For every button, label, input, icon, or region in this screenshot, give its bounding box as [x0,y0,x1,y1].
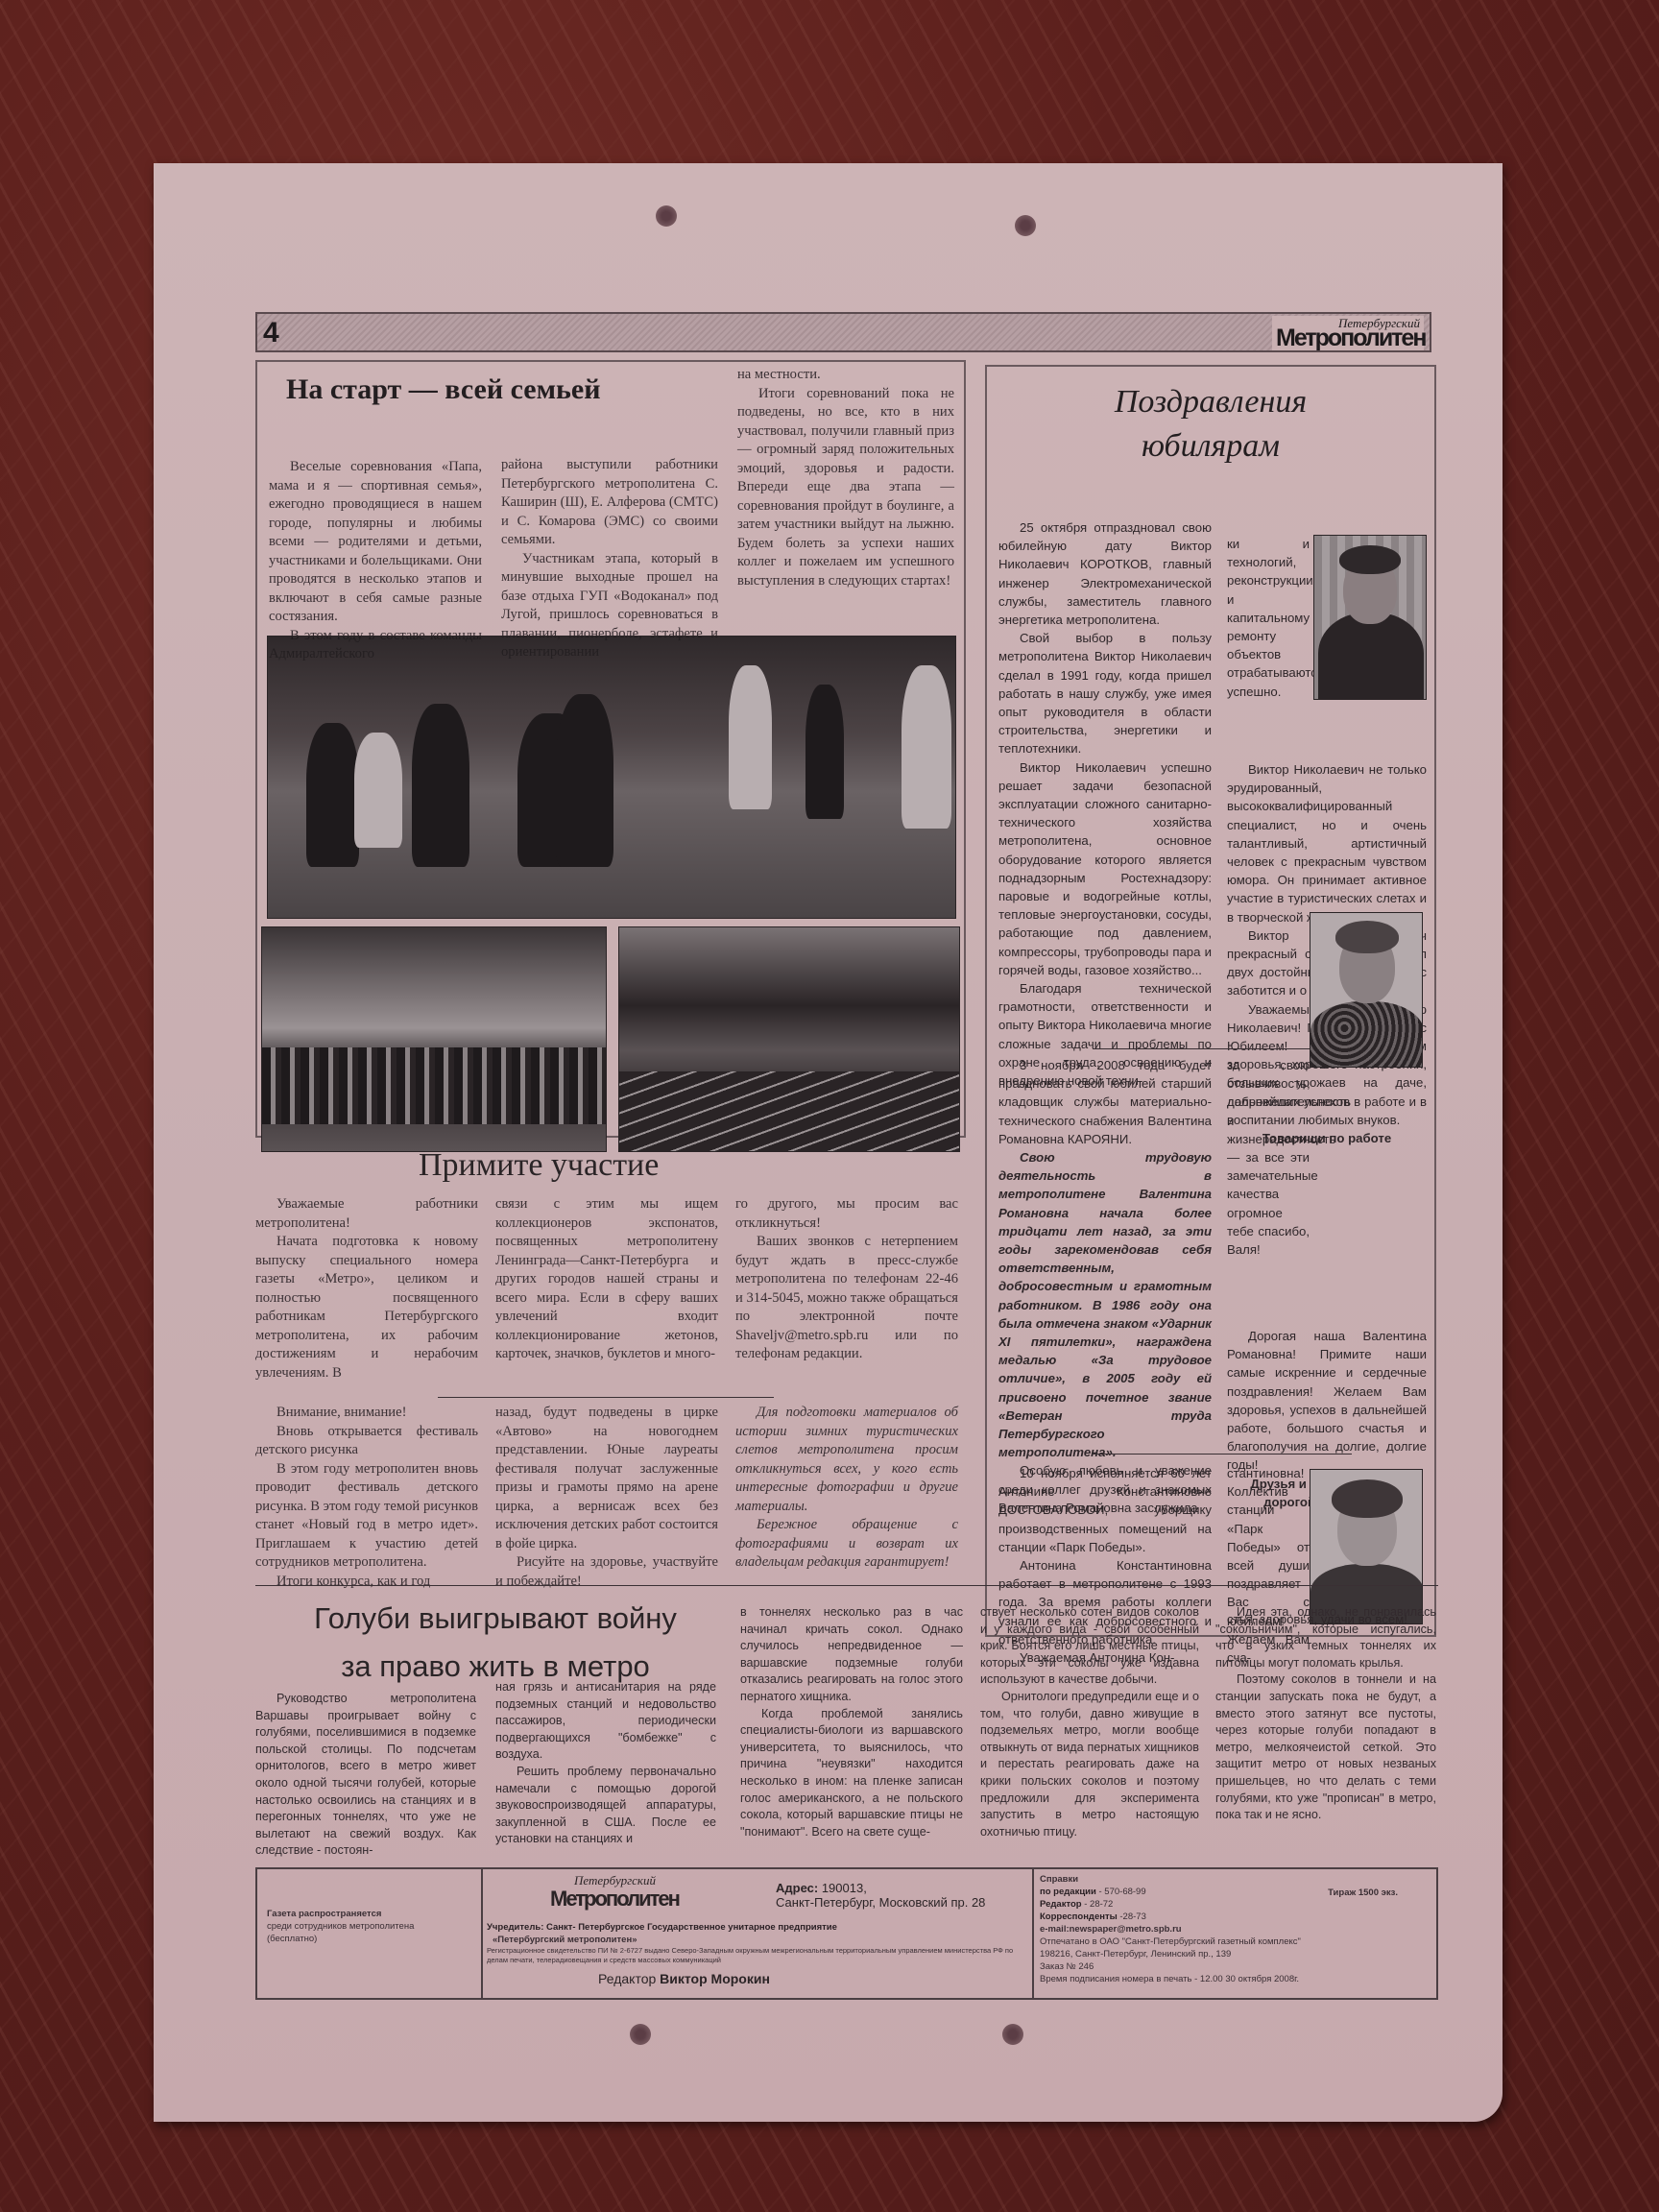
masthead-logo: Петербургский Метрополитен [1272,316,1424,350]
paragraph: Дорогая наша Валентина Романовна! Примит… [1227,1327,1427,1475]
printed-at: Отпечатано в ОАО "Санкт-Петербургский га… [1040,1935,1431,1948]
editor-name: Виктор Морокин [660,1971,770,1986]
paragraph: Свою трудовую деятельность в метрополите… [998,1148,1212,1461]
swimming-pool-photo [618,926,960,1152]
logo-line2: Метрополитен [550,1887,679,1911]
article-column: связи с этим мы ищем коллекционеров эксп… [495,1195,718,1364]
staple-hole [656,205,677,227]
paragraph: 3 ноября 2008 года будет праздновать сво… [998,1056,1212,1148]
karoyani-column-1: 3 ноября 2008 года будет праздновать сво… [998,1056,1212,1517]
paragraph: В этом году метрополитен вновь проводит … [255,1460,478,1573]
paragraph: Вновь открывается фестиваль детского рис… [255,1423,478,1460]
editor-line: Редактор Виктор Морокин [598,1971,770,1986]
paragraph: Виктор Николаевич не только эрудированны… [1227,760,1427,926]
address: Адрес: 190013, Санкт-Петербург, Московск… [776,1881,985,1910]
editorial-phone: - 570-68-99 [1099,1887,1146,1897]
imprint-logo: Петербургский Метрополитен [550,1873,656,1911]
paragraph: Начата подготовка к новому выпуску специ… [255,1233,478,1382]
paragraph: Уважаемые работники метрополитена! [255,1195,478,1233]
editor-label: Редактор [598,1971,656,1986]
title-line: Голуби выигрывают войну [255,1595,735,1643]
karoyani-portrait-photo [1310,912,1423,1068]
contacts-info: Справки по редакции - 570-68-99 Редактор… [1032,1869,1436,1998]
paragraph: Итоги конкурса, как и год [255,1573,478,1592]
section-title: Поздравления юбилярам [987,380,1434,469]
gym-group-photo [261,926,607,1152]
editor-phone: - 28-72 [1084,1899,1113,1910]
article-column: Уважаемые работники метрополитена! Начат… [255,1195,478,1382]
printer-address: 198216, Санкт-Петербург, Ленинский пр., … [1040,1948,1431,1960]
paragraph: 10 ноября исполняется 60 лет Антонине Ко… [998,1464,1212,1556]
email: e-mail:newspaper@metro.spb.ru [1040,1923,1431,1935]
order-number: Заказ № 246 [1040,1960,1431,1973]
founder-info: Учредитель: Санкт- Петербургское Государ… [487,1921,1024,1965]
paragraph: в тоннелях несколько раз в час начинал к… [740,1604,963,1706]
address-zip: 190013, [822,1881,867,1895]
article-column: Веселые соревнования «Папа, мама и я — с… [269,458,482,664]
title-line: Поздравления [987,380,1434,424]
paragraph: Виктор Николаевич успешно решает задачи … [998,758,1212,979]
newspaper-page: 4 Петербургский Метрополитен На старт — … [255,312,1436,1891]
paragraph: связи с этим мы ищем коллекционеров эксп… [495,1195,718,1364]
korotkov-wrap-text: ки и технологий, реконструкции и капитал… [1227,535,1310,701]
article-column: на местности. Итоги соревнований пока не… [737,366,954,590]
editor-phone-label: Редактор [1040,1899,1082,1910]
paragraph: го другого, мы просим вас откликнуться! [735,1195,958,1233]
distribution-free: (бесплатно) [267,1933,473,1945]
jubilee-greetings-box: Поздравления юбилярам 25 октября отпразд… [985,365,1436,1637]
divider [255,1585,1438,1586]
divider [1093,1048,1333,1049]
founder-name: «Петербургский метрополитен» [487,1934,1024,1946]
paragraph: за свою отзывчивость, доброжелательность… [1227,1056,1310,1259]
title-line: юбилярам [987,424,1434,469]
paragraph: Свой выбор в пользу метрополитена Виктор… [998,629,1212,757]
imprint-box: Газета распространяется среди сотруднико… [255,1867,1438,2000]
staple-hole [1002,2024,1023,2045]
paragraph: Бережное обращение с фотографиями и возв… [735,1516,958,1573]
registration-text: Регистрационное свидетельство ПИ № 2-672… [487,1946,1024,1965]
paragraph: назад, будут подведены в цирке «Автово» … [495,1404,718,1553]
page-number: 4 [263,317,279,349]
paragraph: Поэтому соколов в тоннели и на станции з… [1215,1671,1436,1823]
founder-label: Учредитель: [487,1922,543,1933]
article-title: Примите участие [419,1147,659,1184]
korotkov-column-1: 25 октября отпраздновал свою юбилейную д… [998,518,1212,1090]
founder-text: Санкт- Петербургское Государственное уни… [546,1922,837,1933]
address-line: Санкт-Петербург, Московский пр. 28 [776,1895,985,1910]
paragraph: ки и технологий, реконструкции и капитал… [1227,535,1310,701]
editorial-label: по редакции [1040,1887,1096,1897]
article-column: в тоннелях несколько раз в час начинал к… [740,1604,963,1840]
paragraph: Внимание, внимание! [255,1404,478,1423]
signed-time: Время подписания номера в печать - 12.00… [1040,1973,1431,1985]
divider [1093,1454,1352,1455]
article-column: Идея эта, однако, не понравилась "соколь… [1215,1604,1436,1824]
correspondents-phone: -28-73 [1119,1911,1145,1922]
paragraph: Итоги соревнований пока не подведены, но… [737,385,954,591]
paragraph: Руководство метрополитена Варшавы проигр… [255,1691,476,1860]
article-column: го другого, мы просим вас откликнуться! … [735,1195,958,1364]
article-column: Для подготовки материалов об истории зим… [735,1404,958,1573]
distribution-info: Газета распространяется среди сотруднико… [257,1869,483,1998]
circulation: Тираж 1500 экз. [1328,1887,1398,1899]
address-label: Адрес: [776,1881,818,1895]
karoyani-wrap-text: за свою отзывчивость, доброжелательность… [1227,1056,1310,1259]
paragraph: ствует несколько сотен видов соколов и у… [980,1604,1199,1689]
publisher-info: Петербургский Метрополитен Адрес: 190013… [483,1869,1032,1998]
korotkov-portrait-photo [1313,535,1427,700]
paragraph: Орнитологи предупредили еще и о том, что… [980,1689,1199,1840]
correspondents-label: Корреспонденты [1040,1911,1118,1922]
divider [438,1397,774,1398]
article-column: Внимание, внимание! Вновь открывается фе… [255,1404,478,1591]
staple-hole [1015,215,1036,236]
paragraph: Веселые соревнования «Папа, мама и я — с… [269,458,482,627]
article-column: Руководство метрополитена Варшавы проигр… [255,1691,476,1860]
paragraph: Для подготовки материалов об истории зим… [735,1404,958,1516]
inquiries-label: Справки [1040,1873,1431,1886]
article-column: назад, будут подведены в цирке «Автово» … [495,1404,718,1591]
article-column: ствует несколько сотен видов соколов и у… [980,1604,1199,1840]
page-header-bar: 4 Петербургский Метрополитен [255,312,1431,352]
paragraph: района выступили работники Петербургског… [501,456,718,550]
masthead-line2: Метрополитен [1276,325,1425,352]
dostovalova-portrait-photo [1310,1469,1423,1624]
distribution-label: Газета распространяется [267,1908,473,1920]
paragraph: Идея эта, однако, не понравилась "соколь… [1215,1604,1436,1671]
article-title: На старт — всей семьей [286,373,601,406]
staple-hole [630,2024,651,2045]
paragraph: ная грязь и антисанитария на ряде подзем… [495,1679,716,1764]
article-family-sports: На старт — всей семьей Веселые соревнова… [255,360,966,1138]
outdoor-relay-photo [267,636,956,919]
distribution-text: среди сотрудников метрополитена [267,1920,473,1933]
article-column: района выступили работники Петербургског… [501,423,718,662]
article-column: ная грязь и антисанитария на ряде подзем… [495,1679,716,1848]
paragraph: Когда проблемой занялись специалисты-био… [740,1706,963,1841]
paragraph: 25 октября отпраздновал свою юбилейную д… [998,518,1212,629]
article-title: Голуби выигрывают войну за право жить в … [255,1595,735,1691]
paragraph: на местности. [737,366,954,385]
paragraph: Решить проблему первоначально намечали с… [495,1764,716,1848]
paragraph: Ваших звонков с нетерпением будут ждать … [735,1233,958,1364]
